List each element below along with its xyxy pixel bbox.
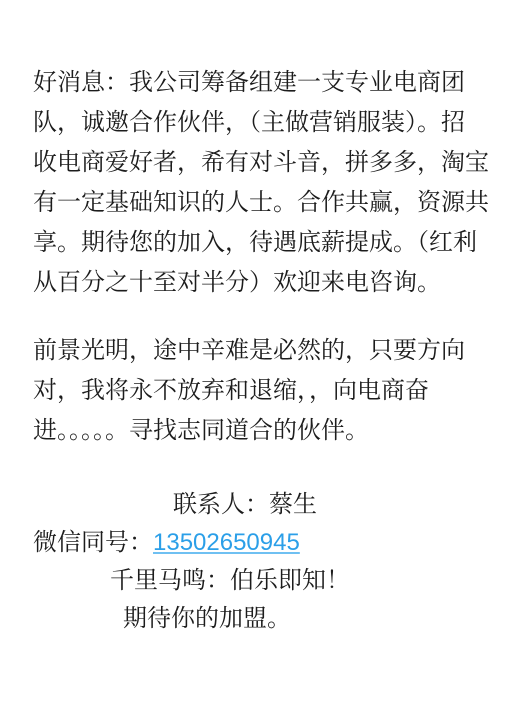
text-line: 从百分之十至对半分）欢迎来电咨询。 <box>33 263 491 303</box>
notice-content: 好消息：我公司筹备组建一支专业电商团 队，诚邀合作伙伴，（主做营销服装）。招 收… <box>0 0 509 638</box>
proverb-line: 千里马鸣：伯乐即知！ <box>33 562 491 600</box>
text-line: 前景光明，途中辛难是必然的，只要方向 <box>33 331 491 371</box>
motivation-paragraph: 前景光明，途中辛难是必然的，只要方向 对，我将永不放弃和退缩，，向电商奋 进。。… <box>33 331 491 451</box>
phone-number-link[interactable]: 13502650945 <box>153 529 300 556</box>
wechat-label: 微信同号： <box>33 529 153 556</box>
text-line: 享。期待您的加入，待遇底薪提成。（红利 <box>33 223 491 263</box>
contact-section: 联系人：蔡生 微信同号：13502650945 千里马鸣：伯乐即知！ 期待你的加… <box>33 486 491 638</box>
text-line: 队，诚邀合作伙伴，（主做营销服装）。招 <box>33 103 491 143</box>
wechat-line: 微信同号：13502650945 <box>33 524 491 562</box>
recruitment-paragraph: 好消息：我公司筹备组建一支专业电商团 队，诚邀合作伙伴，（主做营销服装）。招 收… <box>33 63 491 303</box>
text-line: 收电商爱好者，希有对斗音，拼多多，淘宝 <box>33 143 491 183</box>
contact-person-line: 联系人：蔡生 <box>33 486 491 524</box>
text-line: 对，我将永不放弃和退缩，，向电商奋 <box>33 371 491 411</box>
text-line: 有一定基础知识的人士。合作共赢，资源共 <box>33 183 491 223</box>
text-line: 进。。。。。寻找志同道合的伙伴。 <box>33 411 491 451</box>
text-line: 好消息：我公司筹备组建一支专业电商团 <box>33 63 491 103</box>
closing-line: 期待你的加盟。 <box>33 600 491 638</box>
notice-page: 好消息：我公司筹备组建一支专业电商团 队，诚邀合作伙伴，（主做营销服装）。招 收… <box>0 0 509 720</box>
